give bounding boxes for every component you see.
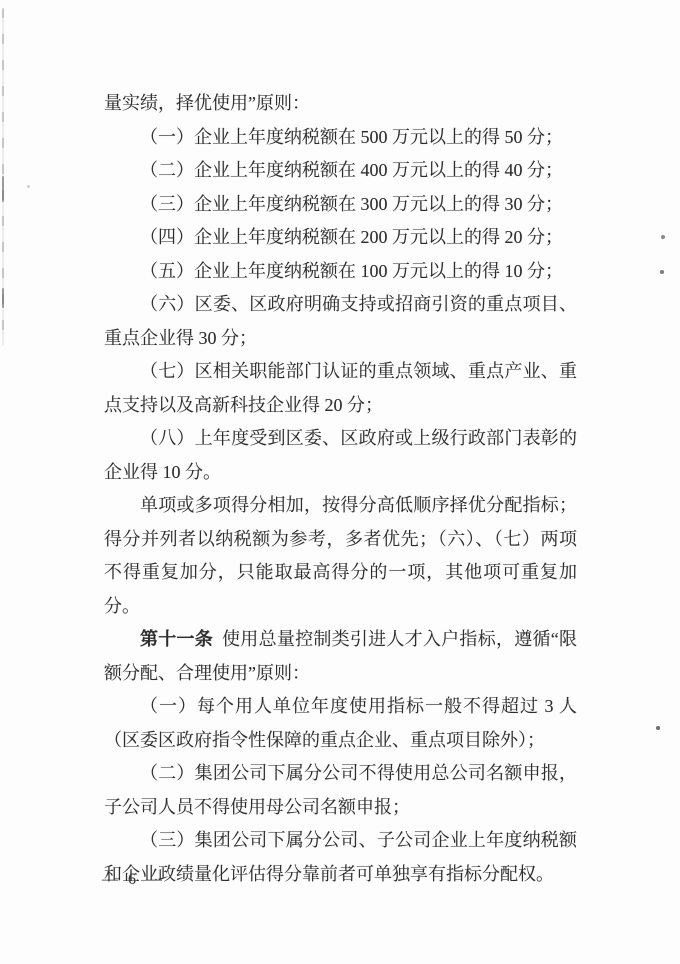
document-body: 量实绩，择优使用”原则：（一）企业上年度纳税额在 500 万元以上的得 50 分… [104,87,577,891]
scan-speck [660,270,664,274]
paragraph-5: （四）企业上年度纳税额在 200 万元以上的得 20 分； [104,221,577,255]
scan-speck [27,185,30,188]
paragraph-13: （二）集团公司下属分公司不得使用总公司名额申报，子公司人员不得使用母公司名额申报… [104,757,577,824]
paragraph-6: （五）企业上年度纳税额在 100 万元以上的得 10 分； [104,255,577,289]
scan-edge-dash [2,176,4,202]
paragraph-14: （三）集团公司下属分公司、子公司企业上年度纳税额和企业政绩量化评估得分靠前者可单… [104,824,577,891]
paragraph-10: 单项或多项得分相加，按得分高低顺序择优分配指标；得分并列者以纳税额为参考，多者优… [104,489,577,623]
scan-edge-dash [2,288,4,308]
paragraph-1: 量实绩，择优使用”原则： [104,87,577,121]
scan-speck [661,235,665,239]
paragraph-9: （八）上年度受到区委、区政府或上级行政部门表彰的企业得 10 分。 [104,422,577,489]
article-number: 第十一条 [140,629,213,649]
paragraph-8: （七）区相关职能部门认证的重点领域、重点产业、重点支持以及高新科技企业得 20 … [104,355,577,422]
paragraph-12: （一）每个用人单位年度使用指标一般不得超过 3 人（区委区政府指令性保障的重点企… [104,690,577,757]
paragraph-7: （六）区委、区政府明确支持或招商引资的重点项目、重点企业得 30 分； [104,288,577,355]
scan-speck [656,726,660,730]
paragraph-4: （三）企业上年度纳税额在 300 万元以上的得 30 分； [104,188,577,222]
paragraph-3: （二）企业上年度纳税额在 400 万元以上的得 40 分； [104,154,577,188]
document-page: 量实绩，择优使用”原则：（一）企业上年度纳税额在 500 万元以上的得 50 分… [0,0,680,964]
page-number: — 6 — [102,870,165,890]
paragraph-2: （一）企业上年度纳税额在 500 万元以上的得 50 分； [104,121,577,155]
paragraph-11: 第十一条使用总量控制类引进人才入户指标，遵循“限额分配、合理使用”原则： [104,623,577,690]
